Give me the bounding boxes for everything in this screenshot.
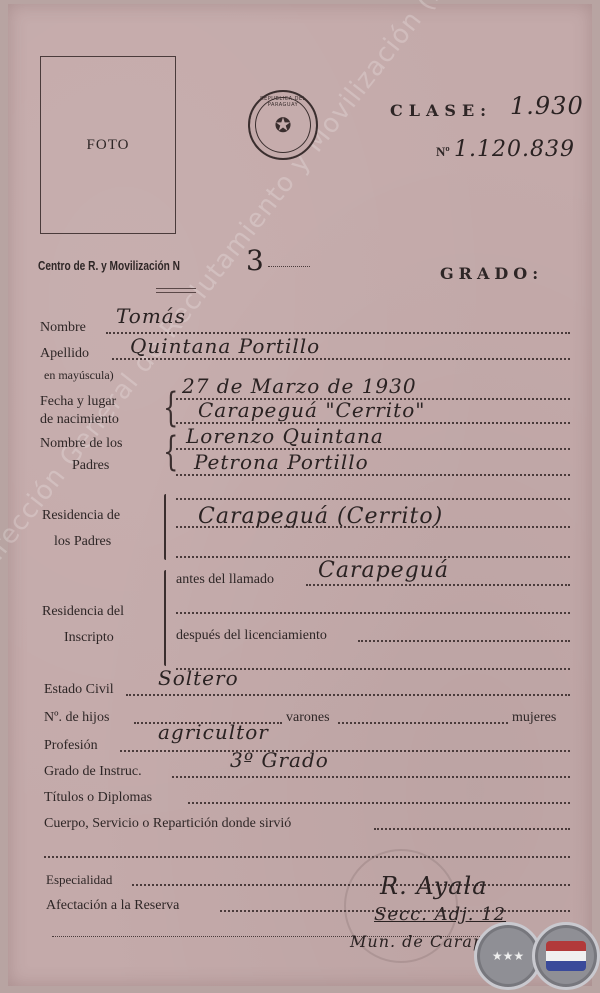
clase-value: 1.930: [510, 92, 584, 120]
residencia-padres-label-2: los Padres: [54, 534, 111, 550]
despues-label: después del licenciamiento: [176, 628, 327, 644]
residencia-padres-label-1: Residencia de: [42, 508, 120, 524]
apellido-dots: [112, 358, 570, 360]
estado-civil-label: Estado Civil: [44, 682, 114, 698]
centro-value: 3: [246, 244, 265, 277]
varones-dots: [338, 722, 508, 724]
padre-value: Lorenzo Quintana: [186, 424, 384, 448]
number-label: Nº: [436, 144, 450, 160]
photo-label: FOTO: [41, 137, 175, 154]
profesion-dots: [120, 750, 570, 752]
star-icon: ✪: [275, 113, 292, 138]
profesion-label: Profesión: [44, 738, 98, 754]
varones-label: varones: [286, 710, 330, 726]
photo-box: FOTO: [40, 56, 176, 234]
number-value: 1.120.839: [454, 137, 575, 162]
grado-instruc-label: Grado de Instruc.: [44, 764, 142, 780]
padres-label-2: Padres: [72, 458, 109, 474]
residencia-inscripto-label-1: Residencia del: [42, 604, 124, 620]
cuerpo-dots-2: [44, 856, 570, 858]
flag: [546, 941, 586, 971]
signature-line-2: Secc. Adj. 12: [374, 904, 506, 925]
residencia-inscripto-dots: [176, 612, 570, 614]
nombre-value: Tomás: [116, 304, 186, 328]
clase-label: CLASE:: [390, 101, 492, 120]
padres-dots-2: [176, 474, 570, 476]
residencia-padres-dots-1: [176, 498, 570, 500]
madre-value: Petrona Portillo: [194, 450, 369, 474]
nombre-label: Nombre: [40, 320, 86, 336]
nacimiento-label-1: Fecha y lugar: [40, 394, 116, 410]
grado-instruc-dots: [172, 776, 570, 778]
estado-civil-value: Soltero: [158, 666, 239, 690]
brace: [164, 494, 168, 560]
cuerpo-label: Cuerpo, Servicio o Repartición donde sir…: [44, 816, 291, 832]
residencia-padres-value: Carapeguá (Cerrito): [198, 504, 443, 529]
apellido-label: Apellido: [40, 346, 89, 362]
seal-text: REPUBLICA DEL PARAGUAY: [250, 96, 316, 108]
antes-value: Carapeguá: [318, 558, 449, 583]
profesion-value: agricultor: [158, 720, 269, 744]
especialidad-dots: [132, 884, 570, 886]
nacimiento-fecha-value: 27 de Marzo de 1930: [182, 374, 417, 398]
brace: [164, 570, 168, 666]
nacimiento-lugar-value: Carapeguá "Cerrito": [198, 398, 425, 422]
padres-label-1: Nombre de los: [40, 436, 122, 452]
hijos-label: Nº. de hijos: [44, 710, 109, 726]
grado-instruc-value: 3º Grado: [230, 748, 329, 772]
double-rule: [156, 288, 196, 293]
antes-dots: [306, 584, 570, 586]
mujeres-label: mujeres: [512, 710, 556, 726]
titulos-label: Títulos o Diplomas: [44, 790, 152, 806]
paraguay-flag-icon: [532, 922, 600, 990]
despues-dots: [358, 640, 570, 642]
signature-name: R. Ayala: [380, 872, 488, 900]
residencia-inscripto-label-2: Inscripto: [64, 630, 114, 646]
signature-line-3: Mun. de Carap.: [350, 932, 490, 951]
registration-card: Dirección General de Reclutamiento y Mov…: [8, 4, 592, 986]
badge-stars: ★★★: [492, 949, 524, 963]
titulos-dots: [188, 802, 570, 804]
brace: {: [163, 432, 178, 472]
apellido-value: Quintana Portillo: [130, 334, 320, 358]
centro-label: Centro de R. y Movilización N: [38, 258, 180, 273]
estado-civil-dots: [126, 694, 570, 696]
apellido-sublabel: en mayúscula): [44, 368, 114, 383]
especialidad-label: Especialidad: [46, 872, 112, 888]
nacimiento-label-2: de nacimiento: [40, 412, 119, 428]
afectacion-label: Afectación a la Reserva: [46, 898, 179, 914]
republic-seal: REPUBLICA DEL PARAGUAY ✪: [248, 90, 318, 160]
cuerpo-dots: [374, 828, 570, 830]
grado-label: GRADO:: [440, 264, 543, 283]
antes-label: antes del llamado: [176, 572, 274, 588]
centro-dots: [268, 266, 310, 267]
